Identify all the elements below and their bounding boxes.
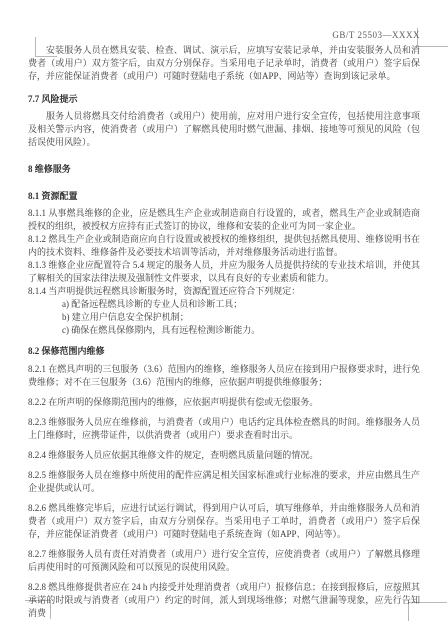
clause-8-1-1: 8.1.1 从事燃具维修的企业，应是燃具生产企业或制造商自行设置的，或者，燃具生… xyxy=(28,207,420,233)
clause-8-2-3: 8.2.3 维修服务人员应在维修前，与消费者（或用户）电话约定具体检查燃具的时间… xyxy=(28,416,420,442)
list-item-b: b) 建立用户信息安全保护机制； xyxy=(28,311,420,324)
section-8-2-heading: 8.2 保修范围内维修 xyxy=(28,345,420,358)
list-item-a: a) 配备远程燃具诊断的专业人员和诊断工具； xyxy=(28,298,420,311)
clause-8-2-1: 8.2.1 在燃具声明的三包服务（3.6）范围内的维修，维修服务人员应在接到用户… xyxy=(28,363,420,389)
clause-8-2-7: 8.2.7 维修服务人员有责任对消费者（或用户）进行安全宣传，应使消费者（或用户… xyxy=(28,548,420,574)
intro-paragraph: 安装服务人员在燃具安装、检查、调试、演示后，应填写安装记录单，并由安装服务人员和… xyxy=(28,44,420,83)
clause-8-1-2: 8.1.2 燃具生产企业或制造商应向自行设置或被授权的维修组织，提供包括燃具使用… xyxy=(28,233,420,259)
clause-8-2-8: 8.2.8 燃具维修提供者应在 24 h 内接受并处理消费者（或用户）报修信息；… xyxy=(28,581,420,620)
document-page: GB/T 25503—XXXX 安装服务人员在燃具安装、检查、调试、演示后，应填… xyxy=(0,0,448,633)
list-item-c: c) 确保在燃具保修期内，具有远程检测诊断能力。 xyxy=(28,324,420,337)
section-8-heading: 8 维修服务 xyxy=(28,163,420,176)
clause-8-2-4: 8.2.4 维修服务人员应依据其维修文件的规定，查明燃具质量问题的情况。 xyxy=(28,449,420,462)
document-body: 安装服务人员在燃具安装、检查、调试、演示后，应填写安装记录单，并由安装服务人员和… xyxy=(28,44,420,620)
section-7-7-body: 服务人员将燃具交付给消费者（或用户）使用前，应对用户进行安全宣传，包括使用注意事… xyxy=(28,110,420,149)
clause-8-2-5: 8.2.5 维修服务人员在维修中所使用的配件应满足相关国家标准或行业标准的要求，… xyxy=(28,469,420,495)
clause-8-2-6: 8.2.6 燃具维修完毕后，应进行试运行调试，得到用户认可后，填写维修单，并由维… xyxy=(28,502,420,541)
clause-8-2-2: 8.2.2 在所声明的保修期范围内的维修，应依据声明提供有偿或无偿服务。 xyxy=(28,396,420,409)
section-8-1-heading: 8.1 资源配置 xyxy=(28,190,420,203)
clause-8-1-3: 8.1.3 维修企业应配置符合 5.4 规定的服务人员，并应为服务人员提供持续的… xyxy=(28,259,420,285)
corner-mark-top-right xyxy=(417,28,448,47)
section-7-7-heading: 7.7 风险提示 xyxy=(28,93,420,106)
page-number: 6 xyxy=(396,587,400,596)
standard-number-header: GB/T 25503—XXXX xyxy=(332,30,420,40)
clause-8-1-4: 8.1.4 当声明提供远程燃具诊断服务时，资源配置还应符合下列规定： xyxy=(28,285,420,298)
